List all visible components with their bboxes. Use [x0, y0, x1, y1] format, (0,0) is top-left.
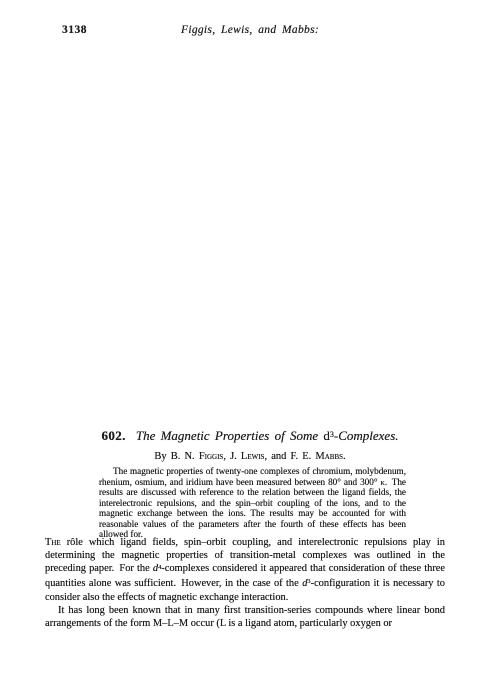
article-title: 602.The Magnetic Properties of Some d3-C…: [0, 428, 500, 444]
body-text: The rôle which ligand fields, spin–orbit…: [45, 536, 445, 630]
abstract: The magnetic properties of twenty-one co…: [99, 466, 406, 540]
body-paragraph-2: It has long been known that in many firs…: [45, 604, 445, 630]
running-head: Figgis, Lewis, and Mabbs:: [0, 24, 500, 36]
abstract-paragraph: The magnetic properties of twenty-one co…: [99, 466, 406, 540]
journal-page: 3138 Figgis, Lewis, and Mabbs: 602.The M…: [0, 0, 500, 679]
byline: By B. N. Figgis, J. Lewis, and F. E. Mab…: [0, 451, 500, 462]
body-paragraph-1: The rôle which ligand fields, spin–orbit…: [45, 536, 445, 604]
